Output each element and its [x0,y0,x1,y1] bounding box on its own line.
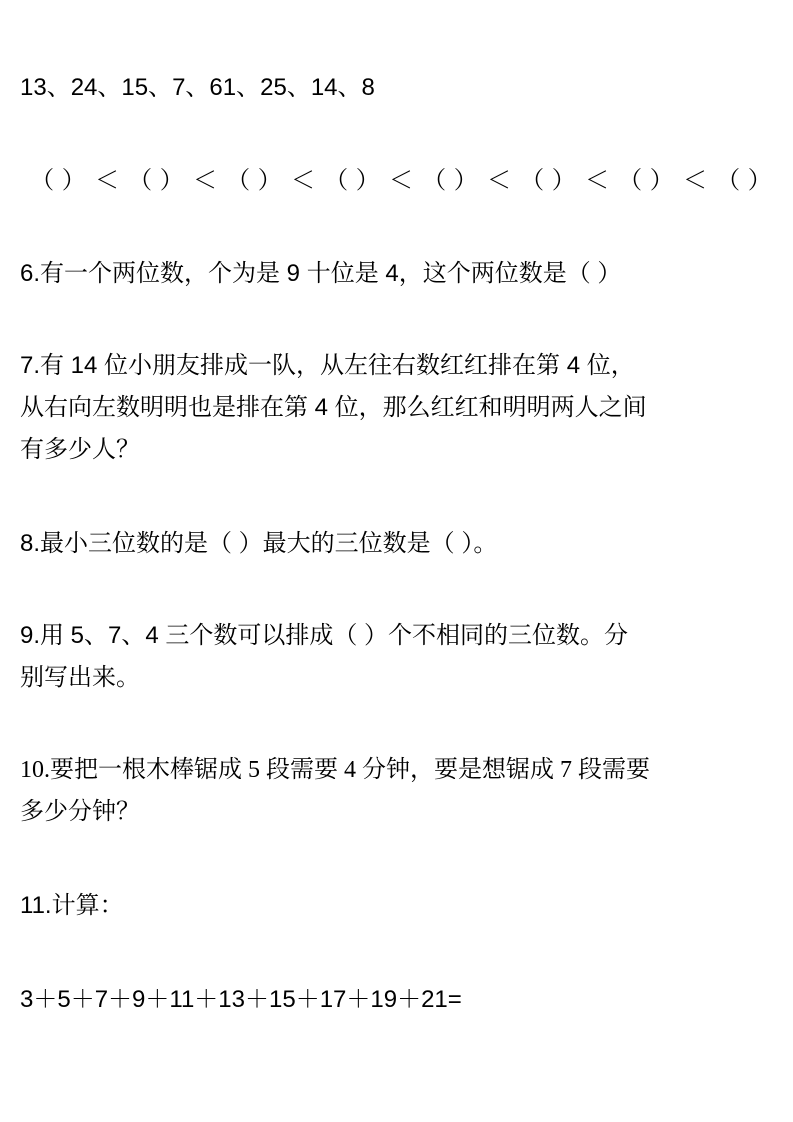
answer-blank-3[interactable]: （ ） [222,160,286,200]
less-than-sign: ＜ [188,160,222,200]
question-10-line-1: 10.要把一根木棒锯成 5 段需要 4 分钟，要是想锯成 7 段需要 [20,750,650,790]
number-list: 13、24、15、7、61、25、14、8 [20,68,375,108]
question-10-line-2: 多少分钟？ [20,792,140,832]
question-9-line-2: 别写出来。 [20,658,140,698]
question-7-line-2: 从右向左数明明也是排在第 4 位，那么红红和明明两人之间 [20,388,647,428]
ordering-blanks: （ ）＜（ ）＜（ ）＜（ ）＜（ ）＜（ ）＜（ ）＜（ ） [26,160,776,200]
less-than-sign: ＜ [286,160,320,200]
question-6: 6.有一个两位数，个为是 9 十位是 4，这个两位数是（ ） [20,254,621,294]
less-than-sign: ＜ [384,160,418,200]
question-9-line-1: 9.用 5、7、4 三个数可以排成（ ）个不相同的三位数。分 [20,616,628,656]
answer-blank-1[interactable]: （ ） [26,160,90,200]
answer-blank-4[interactable]: （ ） [320,160,384,200]
less-than-sign: ＜ [580,160,614,200]
question-7-line-1: 7.有 14 位小朋友排成一队，从左往右数红红排在第 4 位， [20,346,635,386]
calculation-expression: 3＋5＋7＋9＋11＋13＋15＋17＋19＋21= [20,980,462,1020]
question-8: 8.最小三位数的是（ ）最大的三位数是（ ）。 [20,524,497,564]
answer-blank-2[interactable]: （ ） [124,160,188,200]
answer-blank-7[interactable]: （ ） [614,160,678,200]
answer-blank-6[interactable]: （ ） [516,160,580,200]
less-than-sign: ＜ [482,160,516,200]
answer-blank-8[interactable]: （ ） [712,160,776,200]
question-7-line-3: 有多少人？ [20,430,140,470]
answer-blank-5[interactable]: （ ） [418,160,482,200]
less-than-sign: ＜ [90,160,124,200]
question-11: 11.计算： [20,886,124,926]
less-than-sign: ＜ [678,160,712,200]
